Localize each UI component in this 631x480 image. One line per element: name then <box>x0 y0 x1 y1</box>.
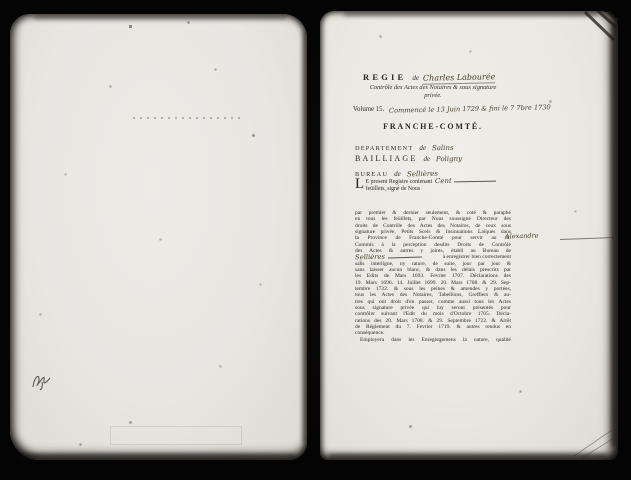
page-edge-smudge <box>19 454 295 459</box>
page-edge-smudge <box>303 32 307 442</box>
right-page: REGIE de Charles Labourée Contrôle des A… <box>320 11 618 460</box>
subtitle-line-2: privée. <box>353 92 513 100</box>
regie-label: REGIE <box>363 72 406 82</box>
volume-label: Volume 15. <box>353 106 384 113</box>
body-line: en tous les feüillets, par Nous soussign… <box>355 216 511 222</box>
handwritten-folio-count: Cent <box>435 178 452 185</box>
attestation-block: L E present Registre contenant Cent feüi… <box>355 178 515 192</box>
attestation-line-2: feüillets, signé de Nous <box>366 186 420 192</box>
handwritten-paraph-mark <box>30 370 58 396</box>
bailliage-label: BAILLIAGE <box>355 154 417 163</box>
handwriting-flourish <box>388 257 422 259</box>
corner-fold-mark <box>568 11 618 51</box>
paper-specks <box>10 14 11 15</box>
controle-subtitle: Contrôle des Actes des Notaires & sous s… <box>353 84 513 100</box>
bailliage-de: de <box>423 155 430 163</box>
regie-heading: REGIE de Charles Labourée <box>363 67 495 85</box>
scan-background: REGIE de Charles Labourée Contrôle des A… <box>0 0 631 480</box>
corner-fold-mark <box>572 422 618 460</box>
province-heading: FRANCHE-COMTÉ. <box>353 122 513 131</box>
body-line: Employera dans les Enregistremens la nat… <box>355 337 511 343</box>
body-line: 19. Mars 1696. 14. Juillet 1699. 20. Mar… <box>355 280 511 286</box>
handwritten-regisseur-name: Charles Labourée <box>423 72 495 84</box>
handwritten-bureau-name: Sellières <box>355 254 385 260</box>
bureau-de: de <box>394 170 401 178</box>
dropcap-L: L <box>355 178 364 191</box>
body-line: la Province de Franche-Comté pour servir… <box>355 235 511 241</box>
left-page <box>10 14 307 460</box>
regie-de: de <box>412 74 419 82</box>
handwriting-arrow-flourish <box>560 237 616 240</box>
body-line: contrôler suivant l'Edit du mois d'Octob… <box>355 311 511 317</box>
body-line-text: à enregistrer bien correctement <box>443 254 511 260</box>
attestation-line-1: E present Registre contenant <box>366 179 432 185</box>
subtitle-line-1: Contrôle des Actes des Notaires & sous s… <box>353 84 513 92</box>
handwritten-bailliage-value: Poligny <box>436 155 462 164</box>
page-edge-smudge <box>344 12 597 16</box>
smudge-mark <box>133 117 241 119</box>
body-line: les Edits de Mars 1693. Fevrier 1707. Dé… <box>355 273 511 279</box>
handwriting-flourish <box>454 181 496 183</box>
body-line-text: la Province de Franche-Comté pour servir… <box>355 235 511 241</box>
body-line: tres qui ont droit d'en passer, comme au… <box>355 299 511 305</box>
paper-specks <box>320 11 321 12</box>
page-edge-smudge <box>34 15 286 19</box>
handwritten-volume-dates: Commencé le 13 Juin 1729 & fini le 7 7br… <box>389 103 551 114</box>
handwritten-commis-name: Alexandre <box>505 233 539 240</box>
volume-line: Volume 15. Commencé le 13 Juin 1729 & fi… <box>353 105 551 113</box>
body-line: tous les Actes des Notaires, Tabellions,… <box>355 292 511 298</box>
body-line: rations des 20. Mars 1708. & 29. Septemb… <box>355 318 511 324</box>
page-impression-mark <box>110 426 242 445</box>
body-paragraph: par premier & dernier seulement, & coté … <box>355 210 511 343</box>
page-edge-smudge <box>329 454 606 459</box>
